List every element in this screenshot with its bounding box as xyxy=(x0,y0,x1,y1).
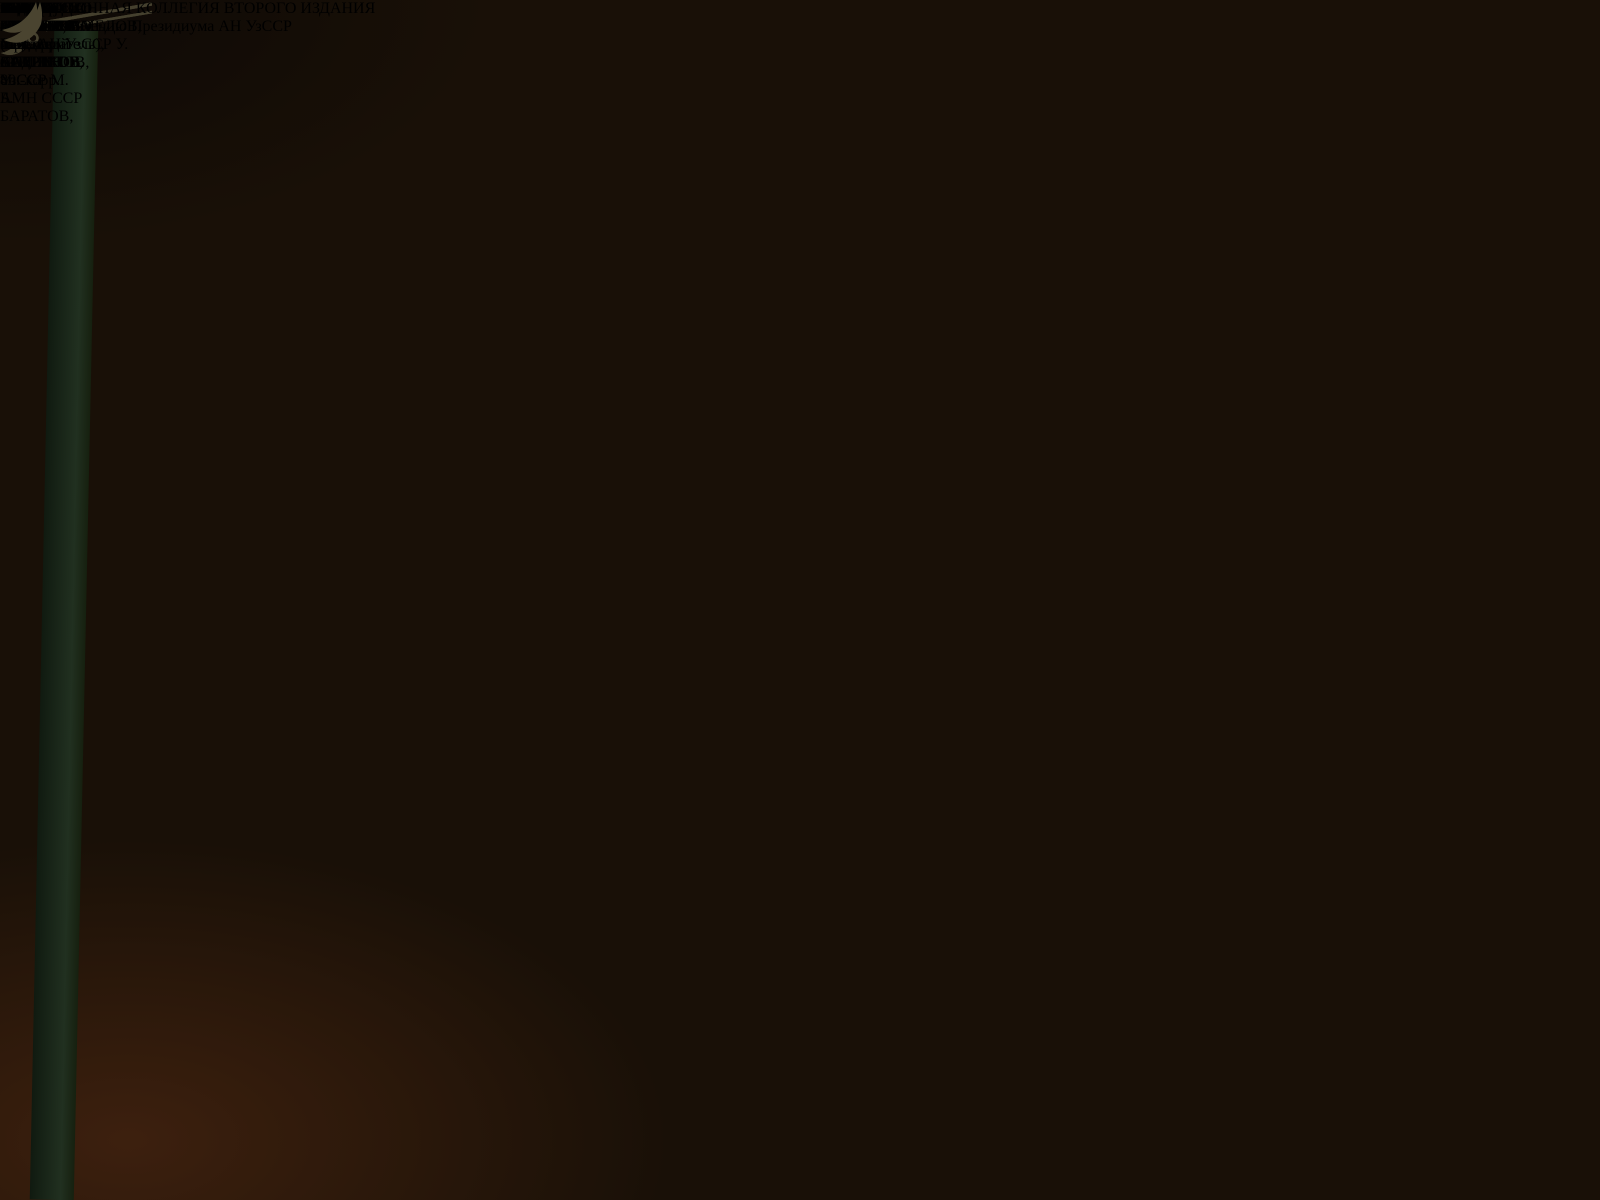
paper-speck xyxy=(700,262,702,264)
paper-speck xyxy=(1013,307,1015,309)
paper-speck xyxy=(520,1078,523,1083)
paper-speck xyxy=(1167,450,1169,452)
paper-speck xyxy=(488,168,490,170)
book-photo: УЗБЕКИСТО АБУ С Ш А ИВ РЕДАКЦИОННАЯ КОЛЛ… xyxy=(0,0,1600,1200)
paper-speck xyxy=(447,1101,449,1104)
